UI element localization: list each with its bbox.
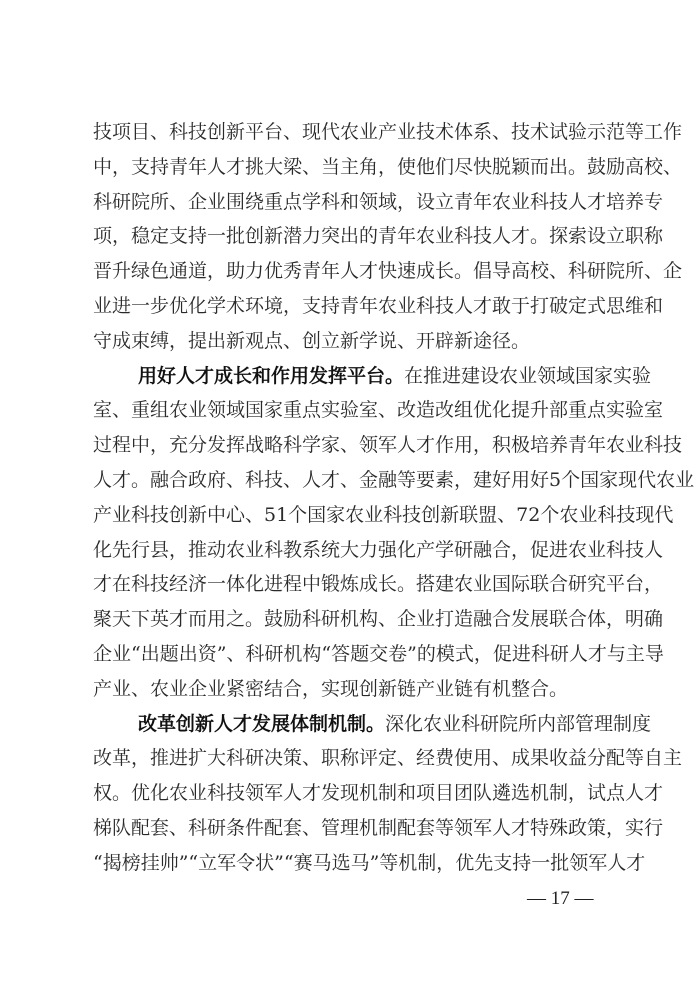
- paragraph-first-line: 用好人才成长和作用发挥平台。在推进建设农业领域国家实验: [93, 359, 610, 394]
- text-line: “揭榜挂帅”“立军令状”“赛马选马”等机制，优先支持一批领军人才: [93, 846, 610, 881]
- text-line: 过程中，充分发挥战略科学家、领军人才作用，积极培养青年农业科技: [93, 428, 610, 463]
- text-run: 深化农业科研院所内部管理制度: [385, 713, 651, 735]
- text-line: 守成束缚，提出新观点、创立新学说、开辟新途径。: [93, 324, 610, 359]
- page-number: — 17 —: [527, 888, 594, 910]
- document-body: 技项目、科技创新平台、现代农业产业技术体系、技术试验示范等工作 中，支持青年人才…: [93, 115, 613, 881]
- text-line: 科研院所、企业围绕重点学科和领域，设立青年农业科技人才培养专: [93, 185, 610, 220]
- paragraph-heading: 改革创新人才发展体制机制。: [138, 713, 385, 735]
- text-line: 技项目、科技创新平台、现代农业产业技术体系、技术试验示范等工作: [93, 115, 610, 150]
- text-line: 晋升绿色通道，助力优秀青年人才快速成长。倡导高校、科研院所、企: [93, 254, 610, 289]
- paragraph-heading: 用好人才成长和作用发挥平台。: [138, 365, 404, 387]
- text-line: 企业“出题出资”、科研机构“答题交卷”的模式，促进科研人才与主导: [93, 637, 610, 672]
- text-line: 才在科技经济一体化进程中锻炼成长。搭建农业国际联合研究平台，: [93, 567, 610, 602]
- text-line: 室、重组农业领域国家重点实验室、改造改组优化提升部重点实验室: [93, 393, 610, 428]
- text-line: 业进一步优化学术环境，支持青年农业科技人才敢于打破定式思维和: [93, 289, 610, 324]
- text-line: 产业科技创新中心、51个国家农业科技创新联盟、72个农业科技现代: [93, 498, 610, 533]
- text-line: 项，稳定支持一批创新潜力突出的青年农业科技人才。探索设立职称: [93, 219, 610, 254]
- paragraph-first-line: 改革创新人才发展体制机制。深化农业科研院所内部管理制度: [93, 707, 610, 742]
- text-line: 权。优化农业科技领军人才发现机制和项目团队遴选机制，试点人才: [93, 776, 610, 811]
- paragraph-1: 技项目、科技创新平台、现代农业产业技术体系、技术试验示范等工作 中，支持青年人才…: [93, 115, 613, 359]
- text-line: 化先行县，推动农业科教系统大力强化产学研融合，促进农业科技人: [93, 533, 610, 568]
- text-line: 聚天下英才而用之。鼓励科研机构、企业打造融合发展联合体，明确: [93, 602, 610, 637]
- paragraph-3: 改革创新人才发展体制机制。深化农业科研院所内部管理制度 改革，推进扩大科研决策、…: [93, 707, 613, 881]
- paragraph-2: 用好人才成长和作用发挥平台。在推进建设农业领域国家实验 室、重组农业领域国家重点…: [93, 359, 613, 707]
- text-line: 人才。融合政府、科技、人才、金融等要素，建好用好5个国家现代农业: [93, 463, 610, 498]
- text-line: 产业、农业企业紧密结合，实现创新链产业链有机整合。: [93, 672, 610, 707]
- text-line: 梯队配套、科研条件配套、管理机制配套等领军人才特殊政策，实行: [93, 811, 610, 846]
- text-run: 在推进建设农业领域国家实验: [404, 365, 651, 387]
- text-line: 中，支持青年人才挑大梁、当主角，使他们尽快脱颖而出。鼓励高校、: [93, 150, 610, 185]
- text-line: 改革，推进扩大科研决策、职称评定、经费使用、成果收益分配等自主: [93, 741, 610, 776]
